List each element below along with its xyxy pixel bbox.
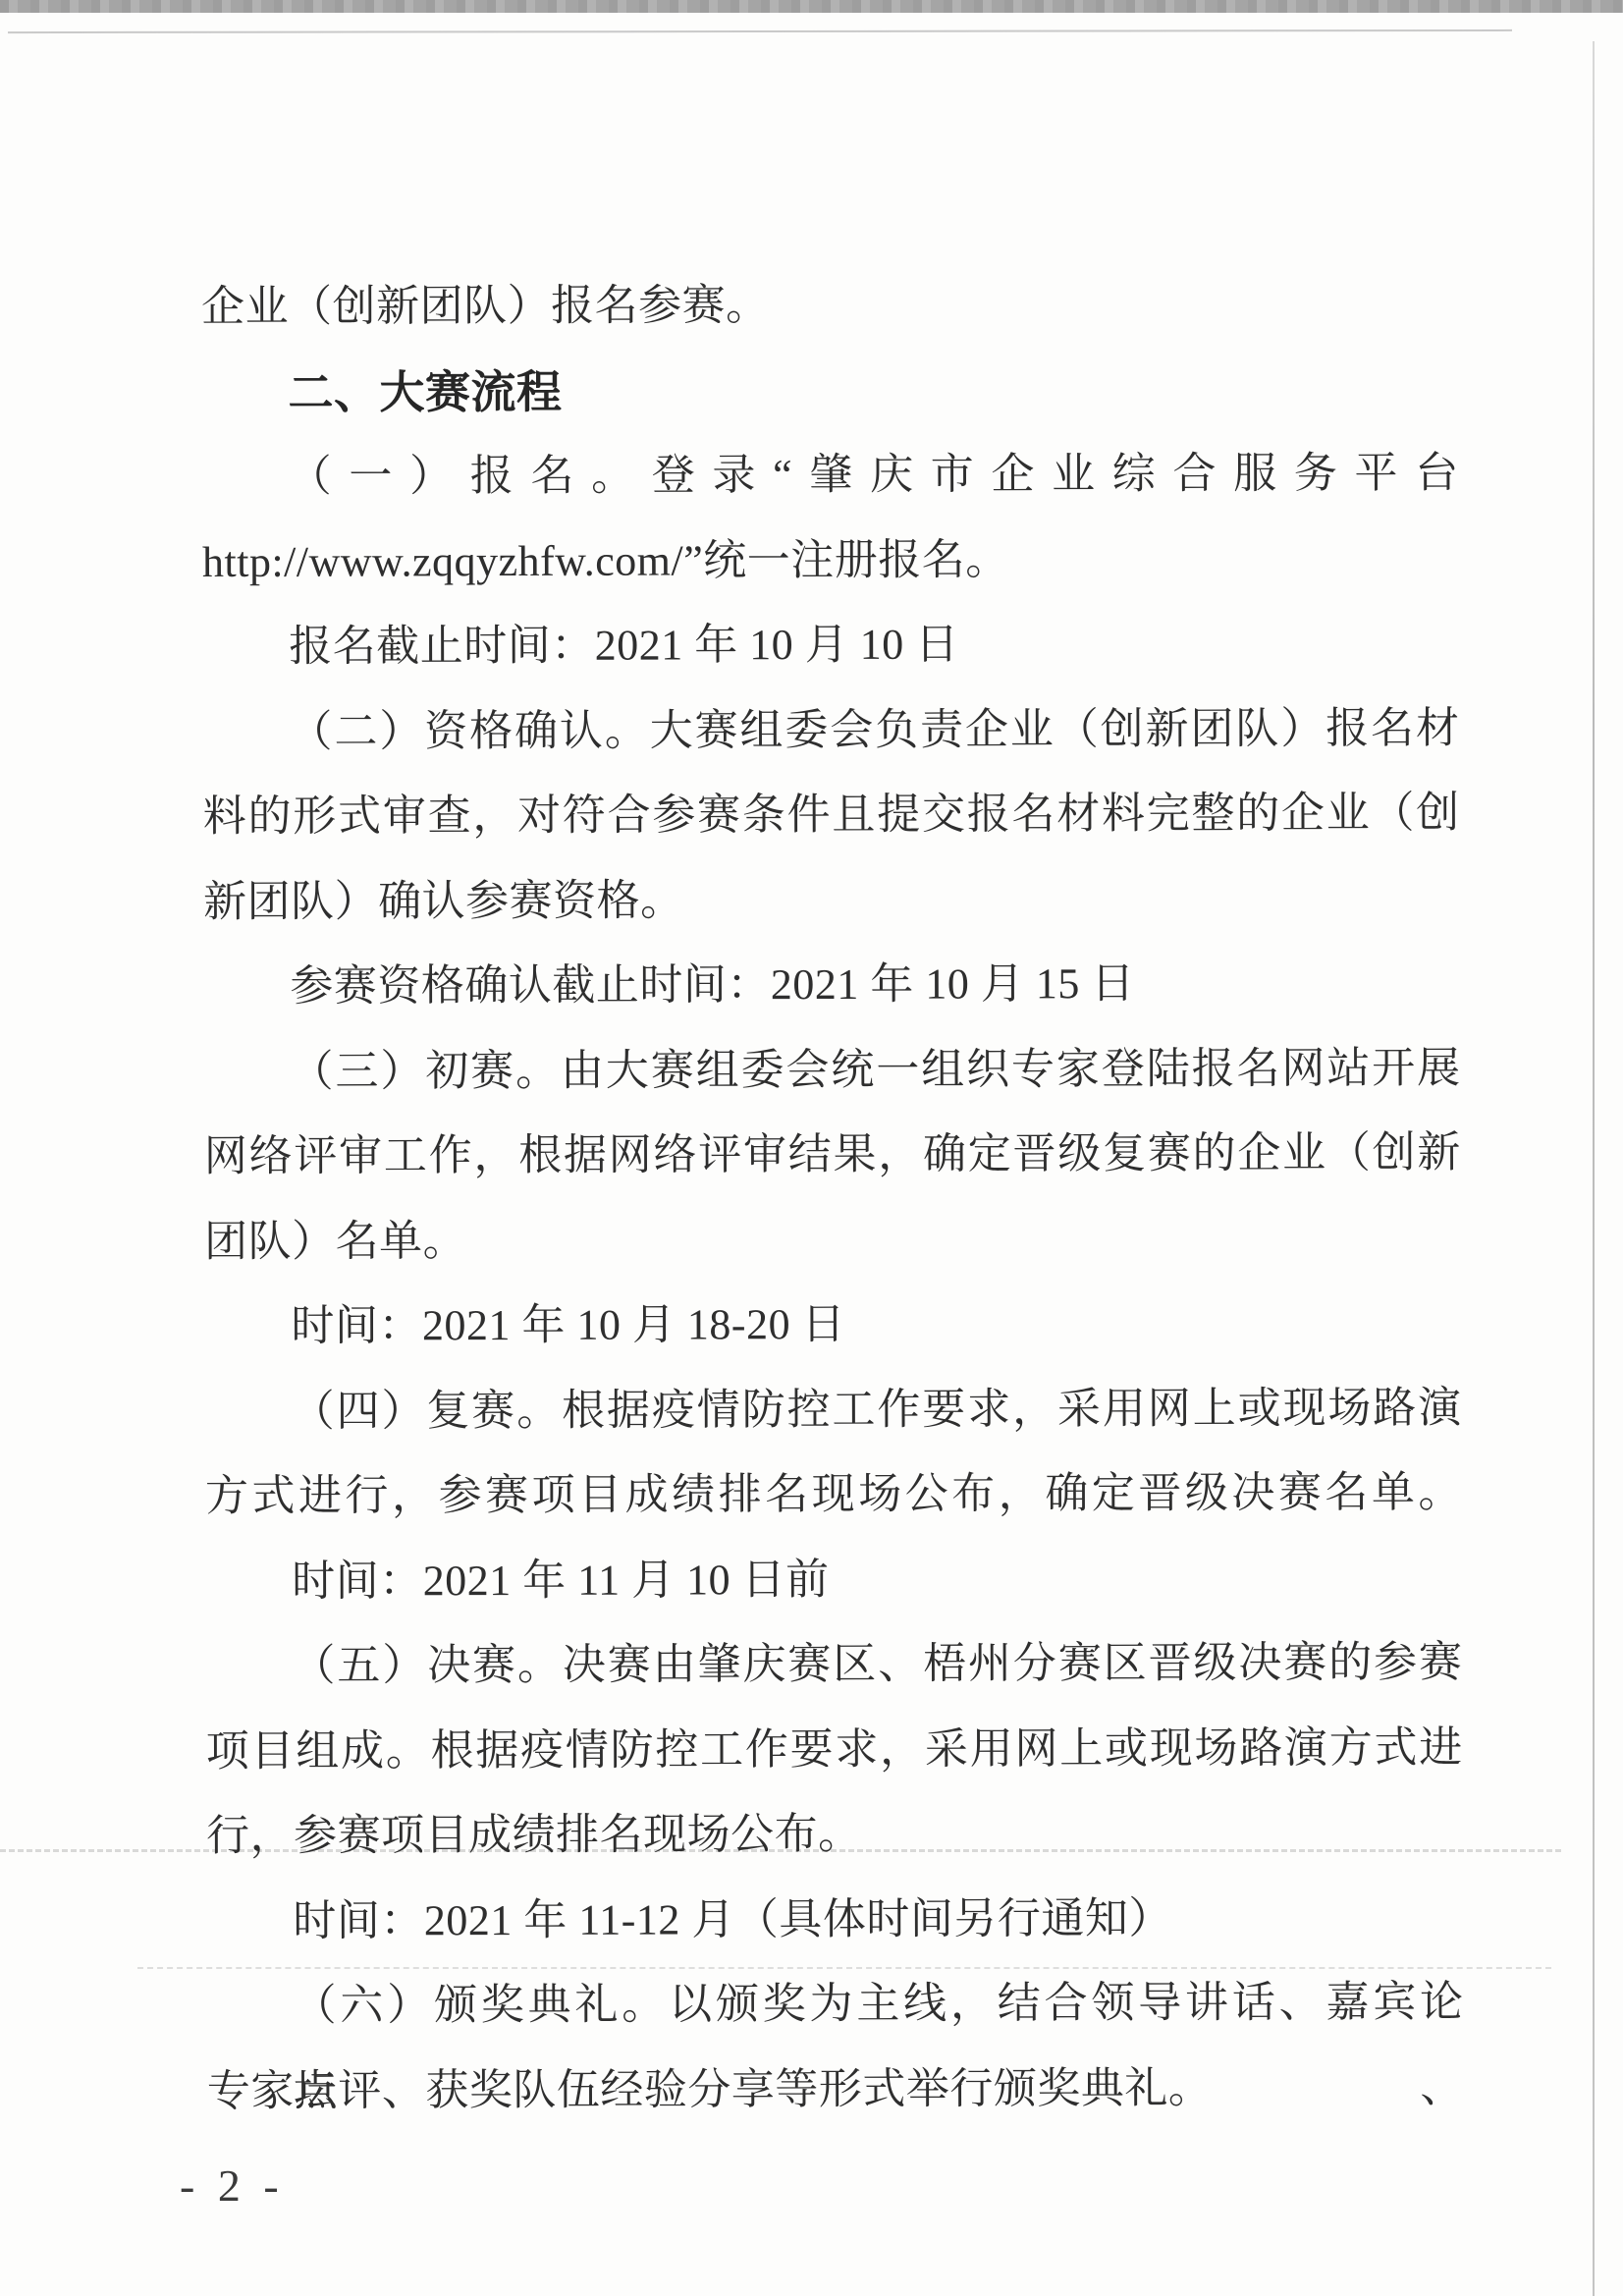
text-block: 企业（创新团队）报名参赛。二、大赛流程（一）报名。登录“肇庆市企业综合服务平台h…: [201, 261, 1464, 2134]
scan-line-right-edge: [1593, 41, 1595, 2296]
body-line: 行，参赛项目成绩排名现场公布。: [206, 1790, 1463, 1880]
deadline-line: 报名截止时间：2021 年 10 月 10 日: [202, 601, 1459, 690]
section-heading: 二、大赛流程: [201, 346, 1458, 435]
body-line: 项目组成。根据疫情防控工作要求，采用网上或现场路演方式进: [206, 1705, 1463, 1794]
body-line: （一）报名。登录“肇庆市企业综合服务平台: [202, 431, 1459, 520]
scan-streak-top: [8, 29, 1512, 33]
body-line: （四）复赛。根据疫情防控工作要求，采用网上或现场路演: [205, 1365, 1462, 1454]
scanned-document-page: 企业（创新团队）报名参赛。二、大赛流程（一）报名。登录“肇庆市企业综合服务平台h…: [0, 0, 1623, 2296]
body-line: 料的形式审查，对符合参赛条件且提交报名材料完整的企业（创: [203, 771, 1460, 860]
time-line: 时间：2021 年 11 月 10 日前: [205, 1535, 1462, 1624]
body-line: 新团队）确认参赛资格。: [203, 855, 1460, 945]
url-line: http://www.zqqyzhfw.com/”统一注册报名。: [202, 516, 1459, 605]
body-line: 团队）名单。: [204, 1195, 1461, 1285]
time-line: 时间：2021 年 11-12 月（具体时间另行通知）: [206, 1875, 1463, 1964]
body-line: （二）资格确认。大赛组委会负责企业（创新团队）报名材: [202, 685, 1459, 775]
body-line: 网络评审工作，根据网络评审结果，确定晋级复赛的企业（创新: [204, 1111, 1461, 1200]
scanner-edge-band: [0, 0, 1623, 13]
body-line: 企业（创新团队）报名参赛。: [201, 261, 1458, 351]
time-line: 时间：2021 年 10 月 18-20 日: [204, 1281, 1461, 1370]
body-line: （六）颁奖典礼。以颁奖为主线，结合领导讲话、嘉宾论坛、: [206, 1960, 1463, 2050]
body-line: （三）初赛。由大赛组委会统一组织专家登陆报名网站开展: [203, 1025, 1460, 1115]
body-line: （五）决赛。决赛由肇庆赛区、梧州分赛区晋级决赛的参赛: [205, 1620, 1462, 1710]
body-line: 方式进行，参赛项目成绩排名现场公布，确定晋级决赛名单。: [205, 1450, 1462, 1540]
page-number: - 2 -: [180, 2157, 285, 2215]
deadline-line: 参赛资格确认截止时间：2021 年 10 月 15 日: [203, 941, 1460, 1030]
